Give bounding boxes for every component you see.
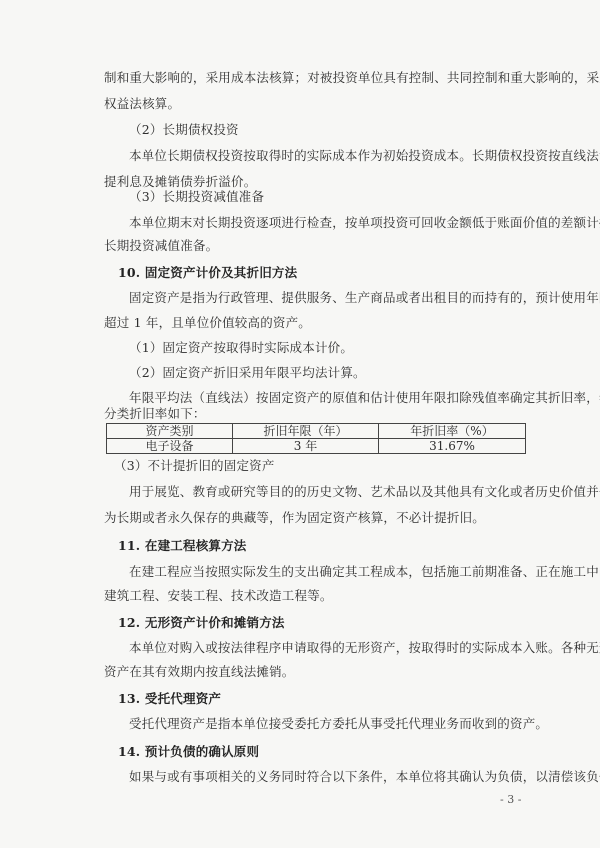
paragraph-line: （2）固定资产折旧采用年限平均法计算。 xyxy=(129,365,551,381)
paragraph-line: 权益法核算。 xyxy=(104,96,526,112)
table-row: 电子设备 3 年 31.67% xyxy=(107,439,526,454)
table-header-cell: 资产类别 xyxy=(107,424,233,439)
table-header-cell: 年折旧率（%） xyxy=(379,424,526,439)
table-header-row: 资产类别 折旧年限（年） 年折旧率（%） xyxy=(107,424,526,439)
paragraph-line: 受托代理资产是指本单位接受委托方委托从事受托代理业务而收到的资产。 xyxy=(129,716,526,732)
paragraph-line: 提利息及摊销债券折溢价。 xyxy=(104,174,526,190)
section-heading-13: 13. 受托代理资产 xyxy=(118,691,540,707)
subheading: （3）不计提折旧的固定资产 xyxy=(114,458,536,474)
document-page: 制和重大影响的，采用成本法核算；对被投资单位具有控制、共同控制和重大影响的，采用… xyxy=(0,0,600,848)
paragraph-line: 本单位期末对长期投资逐项进行检查，按单项投资可回收金额低于账面价值的差额计提 xyxy=(129,215,526,231)
table-header-cell: 折旧年限（年） xyxy=(233,424,379,439)
paragraph-line: 固定资产是指为行政管理、提供服务、生产商品或者出租目的而持有的，预计使用年限 xyxy=(129,290,526,306)
subheading: （2）长期债权投资 xyxy=(129,122,551,138)
paragraph-line: 分类折旧率如下： xyxy=(104,406,526,422)
section-heading-14: 14. 预计负债的确认原则 xyxy=(118,744,540,760)
table-cell: 31.67% xyxy=(379,439,526,454)
paragraph-line: 年限平均法（直线法）按固定资产的原值和估计使用年限扣除残值率确定其折旧率，年 xyxy=(129,390,526,406)
paragraph-line: 本单位对购入或按法律程序申请取得的无形资产，按取得时的实际成本入账。各种无形 xyxy=(129,640,526,656)
paragraph-line: 资产在其有效期内按直线法摊销。 xyxy=(104,664,526,680)
page-number: - 3 - xyxy=(500,793,521,806)
paragraph-line: 建筑工程、安装工程、技术改造工程等。 xyxy=(104,588,526,604)
paragraph-line: 本单位长期债权投资按取得时的实际成本作为初始投资成本。长期债权投资按直线法计 xyxy=(129,148,526,164)
section-heading-12: 12. 无形资产计价和摊销方法 xyxy=(118,615,540,631)
paragraph-line: 制和重大影响的，采用成本法核算；对被投资单位具有控制、共同控制和重大影响的，采用 xyxy=(104,70,526,86)
paragraph-line: （1）固定资产按取得时实际成本计价。 xyxy=(129,340,551,356)
section-heading-11: 11. 在建工程核算方法 xyxy=(118,538,540,554)
table-cell: 电子设备 xyxy=(107,439,233,454)
paragraph-line: 在建工程应当按照实际发生的支出确定其工程成本，包括施工前期准备、正在施工中的 xyxy=(129,564,526,580)
paragraph-line: 如果与或有事项相关的义务同时符合以下条件，本单位将其确认为负债，以清偿该负债 xyxy=(129,769,526,785)
subheading: （3）长期投资减值准备 xyxy=(129,189,551,205)
paragraph-line: 超过 1 年，且单位价值较高的资产。 xyxy=(104,315,526,331)
paragraph-line: 长期投资减值准备。 xyxy=(104,238,526,254)
depreciation-table: 资产类别 折旧年限（年） 年折旧率（%） 电子设备 3 年 31.67% xyxy=(106,423,526,454)
paragraph-line: 为长期或者永久保存的典藏等，作为固定资产核算，不必计提折旧。 xyxy=(104,510,526,526)
paragraph-line: 用于展览、教育或研究等目的的历史文物、艺术品以及其他具有文化或者历史价值并作 xyxy=(129,484,526,500)
table-cell: 3 年 xyxy=(233,439,379,454)
section-heading-10: 10. 固定资产计价及其折旧方法 xyxy=(118,265,540,281)
